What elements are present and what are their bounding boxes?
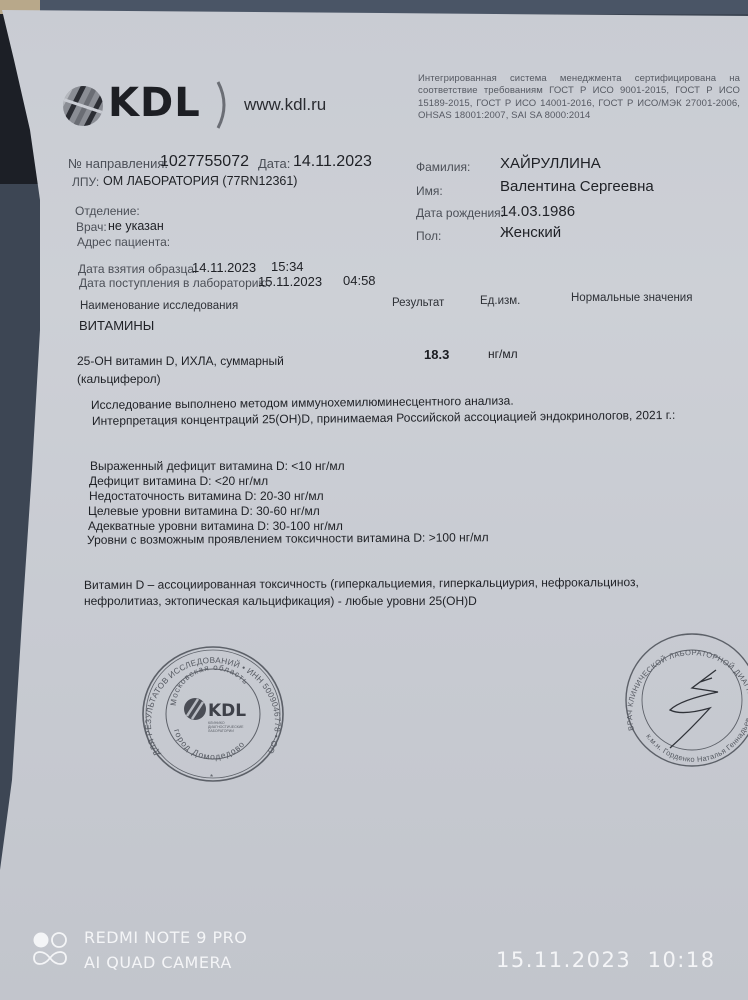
lab-report-sheet: KDL www.kdl.ru Интегрированная система м… bbox=[0, 0, 748, 1000]
referral-date-label: Дата: bbox=[258, 156, 290, 171]
referral-number: 1027755072 bbox=[160, 153, 249, 171]
patient-surname: ХАЙРУЛЛИНА bbox=[500, 155, 601, 172]
test-name-line2: (кальциферол) bbox=[77, 372, 161, 386]
sample-date-label: Дата взятия образца: bbox=[78, 262, 197, 276]
column-header-result: Результат bbox=[392, 297, 444, 309]
chevron-right-icon bbox=[214, 80, 234, 130]
sex-label: Пол: bbox=[416, 229, 441, 243]
doctor-value: не указан bbox=[108, 219, 164, 233]
patient-address-label: Адрес пациента: bbox=[77, 235, 170, 249]
received-date: 15.11.2023 bbox=[258, 274, 322, 289]
level-item: Недостаточность витамина D: 20-30 нг/мл bbox=[89, 489, 324, 503]
received-time: 04:58 bbox=[343, 273, 376, 288]
website-link[interactable]: www.kdl.ru bbox=[244, 95, 326, 115]
test-result-value: 18.3 bbox=[424, 347, 449, 362]
lpu-value: ОМ ЛАБОРАТОРИЯ (77RN12361) bbox=[103, 174, 297, 188]
camera-type-label: AI QUAD CAMERA bbox=[84, 953, 232, 972]
svg-text:ЛАБОРАТОРИИ: ЛАБОРАТОРИИ bbox=[208, 729, 234, 733]
camera-brand-icon bbox=[32, 930, 68, 968]
surname-label: Фамилия: bbox=[416, 160, 470, 174]
certification-text: Интегрированная система менеджмента серт… bbox=[418, 73, 740, 123]
photo-timestamp: 15.11.2023 10:18 bbox=[496, 948, 716, 972]
doctor-label: Врач: bbox=[76, 220, 107, 234]
toxicity-note-line2: нефролитиаз, эктопическая кальцификация)… bbox=[84, 594, 477, 608]
lpu-label: ЛПУ: bbox=[72, 175, 99, 189]
svg-text:*: * bbox=[210, 773, 213, 782]
level-item: Уровни с возможным проявлением токсичнос… bbox=[87, 530, 489, 547]
level-item: Целевые уровни витамина D: 30-60 нг/мл bbox=[88, 504, 320, 518]
patient-dob: 14.03.1986 bbox=[500, 203, 575, 220]
method-note: Исследование выполнено методом иммунохем… bbox=[91, 394, 514, 412]
name-label: Имя: bbox=[416, 184, 443, 198]
signature bbox=[670, 670, 718, 748]
level-item: Дефицит витамина D: <20 нг/мл bbox=[89, 474, 268, 488]
patient-name: Валентина Сергеевна bbox=[500, 178, 654, 195]
column-header-unit: Ед.изм. bbox=[480, 295, 520, 307]
department-label: Отделение: bbox=[75, 204, 140, 218]
doctor-stamp-icon: ВРАЧ КЛИНИЧЕСКОЙ ЛАБОРАТОРНОЙ ДИАГНОСТИК… bbox=[620, 630, 748, 770]
test-name-line1: 25-ОН витамин D, ИХЛА, суммарный bbox=[77, 354, 284, 368]
sample-time: 15:34 bbox=[271, 259, 304, 274]
referral-date: 14.11.2023 bbox=[293, 153, 372, 171]
column-header-test: Наименование исследования bbox=[80, 300, 238, 312]
kdl-logo-icon bbox=[62, 85, 104, 127]
referral-number-label: № направления: bbox=[68, 156, 168, 171]
received-date-label: Дата поступления в лабораторию: bbox=[79, 276, 271, 290]
svg-text:KDL: KDL bbox=[208, 701, 246, 721]
level-item: Выраженный дефицит витамина D: <10 нг/мл bbox=[90, 459, 345, 473]
kdl-logo-text: KDL bbox=[108, 80, 201, 126]
sample-date: 14.11.2023 bbox=[192, 260, 256, 275]
dob-label: Дата рождения: bbox=[416, 206, 504, 220]
toxicity-note-line1: Витамин D – ассоциированная токсичность … bbox=[84, 575, 639, 592]
column-header-normal: Нормальные значения bbox=[571, 292, 692, 304]
section-vitamins: ВИТАМИНЫ bbox=[79, 318, 154, 333]
test-unit: нг/мл bbox=[488, 347, 518, 361]
lab-stamp-icon: KDL КЛИНИКО ДИАГНОСТИЧЕСКИЕ ЛАБОРАТОРИИ … bbox=[140, 644, 286, 784]
patient-sex: Женский bbox=[500, 224, 561, 241]
camera-model-label: REDMI NOTE 9 PRO bbox=[84, 928, 247, 947]
